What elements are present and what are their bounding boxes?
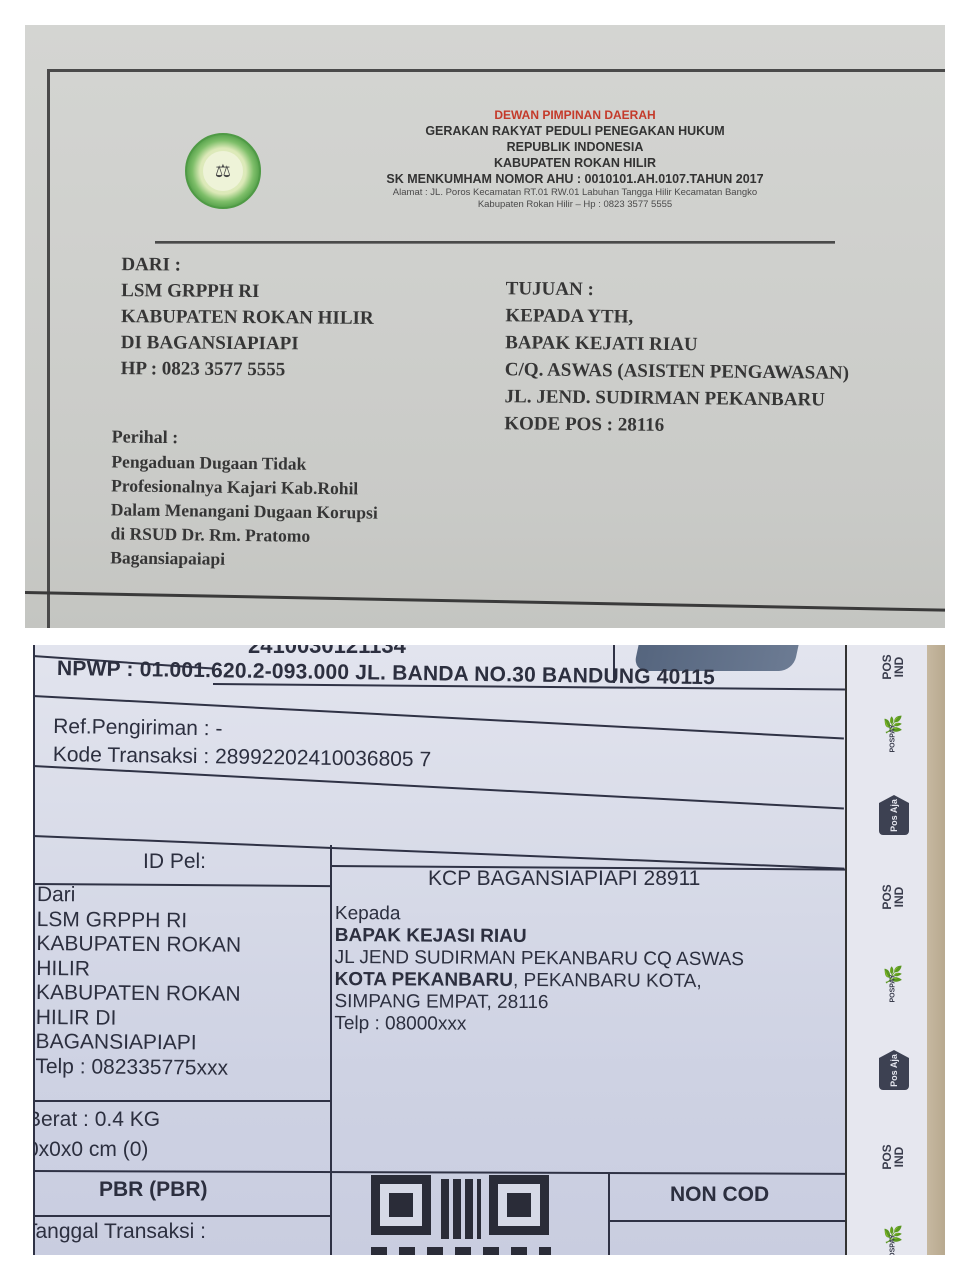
pos-indonesia-logo-icon: POS IND xyxy=(881,1135,905,1179)
recipient-city: KOTA PEKANBARU xyxy=(335,969,513,991)
sender-phone: Telp : 082335775xxx xyxy=(35,1054,240,1080)
pos-indonesia-logo-icon: POS IND xyxy=(881,875,905,919)
letterhead-text: DEWAN PIMPINAN DAERAH GERAKAN RAKYAT PED… xyxy=(265,107,885,211)
tracking-number: 2410030121134 xyxy=(248,645,406,659)
letterhead-line-3: REPUBLIK INDONESIA xyxy=(265,139,885,155)
transaction-date-label: Tanggal Transaksi : xyxy=(33,1220,206,1244)
letterhead: ⚖ DEWAN PIMPINAN DAERAH GERAKAN RAKYAT P… xyxy=(165,107,865,237)
reference-block: Ref.Pengiriman : - Kode Transaksi : 2899… xyxy=(53,713,432,774)
recipient-line: C/Q. ASWAS (ASISTEN PENGAWASAN) xyxy=(505,356,849,387)
subject-label: Perihal : xyxy=(112,423,379,452)
package-info: Berat : 0.4 KG 0x0x0 cm (0) xyxy=(33,1105,160,1165)
label-sender-block: Dari LSM GRPPH RI KABUPATEN ROKAN HILIR … xyxy=(35,883,241,1081)
grid-line xyxy=(33,765,844,809)
letterhead-divider xyxy=(155,241,835,244)
sender-phone: HP : 0823 3577 5555 xyxy=(121,356,374,384)
service-type: PBR (PBR) xyxy=(99,1178,208,1202)
letterhead-line-2: GERAKAN RAKYAT PEDULI PENEGAKAN HUKUM xyxy=(265,123,885,139)
sender-line: KABUPATEN ROKAN xyxy=(36,932,241,958)
kode-transaksi: Kode Transaksi : 28992202410036805 7 xyxy=(53,741,432,774)
recipient-label: TUJUAN : xyxy=(506,275,850,306)
sender-line: HILIR xyxy=(36,956,241,982)
label-recipient-block: Kepada BAPAK KEJASI RIAU JL JEND SUDIRMA… xyxy=(334,903,744,1037)
qr-code xyxy=(371,1175,551,1255)
subject-block: Perihal : Pengaduan Dugaan Tidak Profesi… xyxy=(110,423,379,572)
package-dimensions: 0x0x0 cm (0) xyxy=(33,1135,160,1165)
envelope-photo: ⚖ DEWAN PIMPINAN DAERAH GERAKAN RAKYAT P… xyxy=(25,25,945,628)
grid-line xyxy=(33,1100,330,1102)
sender-line: DI BAGANSIAPIAPI xyxy=(121,330,374,358)
pos-aja-logo-icon: Pos Aja xyxy=(879,795,923,835)
id-pel-label: ID Pel: xyxy=(143,850,206,874)
subject-line: Dalam Menangani Dugaan Korupsi xyxy=(111,497,378,524)
sender-line: HILIR DI xyxy=(36,1005,241,1031)
recipient-city-rest: , PEKANBARU KOTA, xyxy=(513,970,702,992)
npwp-line: NPWP : 01.001.620.2-093.000 JL. BANDA NO… xyxy=(57,657,715,690)
subject-line: Pengaduan Dugaan Tidak xyxy=(111,449,378,476)
grid-line xyxy=(33,1215,330,1217)
qr-finder xyxy=(489,1175,549,1235)
recipient-district: SIMPANG EMPAT, 28116 xyxy=(334,991,743,1015)
sender-line: BAGANSIAPIAPI xyxy=(36,1030,241,1056)
grid-line xyxy=(608,1173,610,1255)
label-edge xyxy=(927,645,945,1255)
subject-line: Profesionalnya Kajari Kab.Rohil xyxy=(111,473,378,500)
subject-line: di RSUD Dr. Rm. Pratomo xyxy=(110,521,377,548)
subject-line: Bagansiapaiapi xyxy=(110,545,377,572)
cod-status: NON COD xyxy=(670,1183,769,1207)
pos-aja-logo-icon: Pos Aja xyxy=(879,1050,923,1090)
scales-of-justice-icon: ⚖ xyxy=(203,151,243,191)
envelope-recipient-block: TUJUAN : KEPADA YTH, BAPAK KEJATI RIAU C… xyxy=(504,275,850,441)
recipient-phone: Telp : 08000xxx xyxy=(334,1013,743,1037)
letterhead-address-2: Kabupaten Rokan Hilir – Hp : 0823 3577 5… xyxy=(265,199,885,211)
sender-label: DARI : xyxy=(121,252,374,280)
pos-indonesia-logo-icon: POS IND xyxy=(881,645,905,689)
pospay-leaf-icon: 🌿POSPAY xyxy=(871,1225,915,1252)
pospay-leaf-icon: 🌿POSPAY xyxy=(871,965,915,992)
qr-modules xyxy=(441,1179,481,1239)
letterhead-address-1: Alamat : JL. Poros Kecamatan RT.01 RW.01… xyxy=(265,187,885,199)
recipient-line: KEPADA YTH, xyxy=(505,302,849,333)
pospay-leaf-icon: 🌿POSPAY xyxy=(871,715,915,742)
sender-line: LSM GRPPH RI xyxy=(37,907,242,933)
recipient-address: JL JEND SUDIRMAN PEKANBARU CQ ASWAS xyxy=(335,947,744,971)
sender-line: KABUPATEN ROKAN xyxy=(36,981,241,1007)
letterhead-line-1: DEWAN PIMPINAN DAERAH xyxy=(265,107,885,123)
qr-modules xyxy=(371,1247,551,1255)
grid-line xyxy=(608,1220,845,1222)
letterhead-line-4: KABUPATEN ROKAN HILIR xyxy=(265,155,885,171)
qr-finder xyxy=(371,1175,431,1235)
shipping-label-photo: 2410030121134 NPWP : 01.001.620.2-093.00… xyxy=(33,645,945,1255)
sender-line: LSM GRPPH RI xyxy=(121,278,374,306)
letterhead-sk-number: SK MENKUMHAM NOMOR AHU : 0010101.AH.0107… xyxy=(265,171,885,187)
sender-line: KABUPATEN ROKAN HILIR xyxy=(121,304,374,332)
recipient-label: Kepada xyxy=(335,903,744,927)
recipient-line: BAPAK KEJATI RIAU xyxy=(505,329,849,360)
package-weight: Berat : 0.4 KG xyxy=(33,1105,160,1135)
grid-line xyxy=(330,845,332,1255)
organization-logo: ⚖ xyxy=(185,133,261,209)
sender-label: Dari xyxy=(37,883,242,909)
recipient-name: BAPAK KEJASI RIAU xyxy=(335,925,527,947)
origin-branch: KCP BAGANSIAPIAPI 28911 xyxy=(428,867,700,891)
recipient-line: JL. JEND. SUDIRMAN PEKANBARU xyxy=(504,383,848,414)
recipient-postcode: KODE POS : 28116 xyxy=(504,410,848,441)
envelope-sender-block: DARI : LSM GRPPH RI KABUPATEN ROKAN HILI… xyxy=(121,252,375,384)
